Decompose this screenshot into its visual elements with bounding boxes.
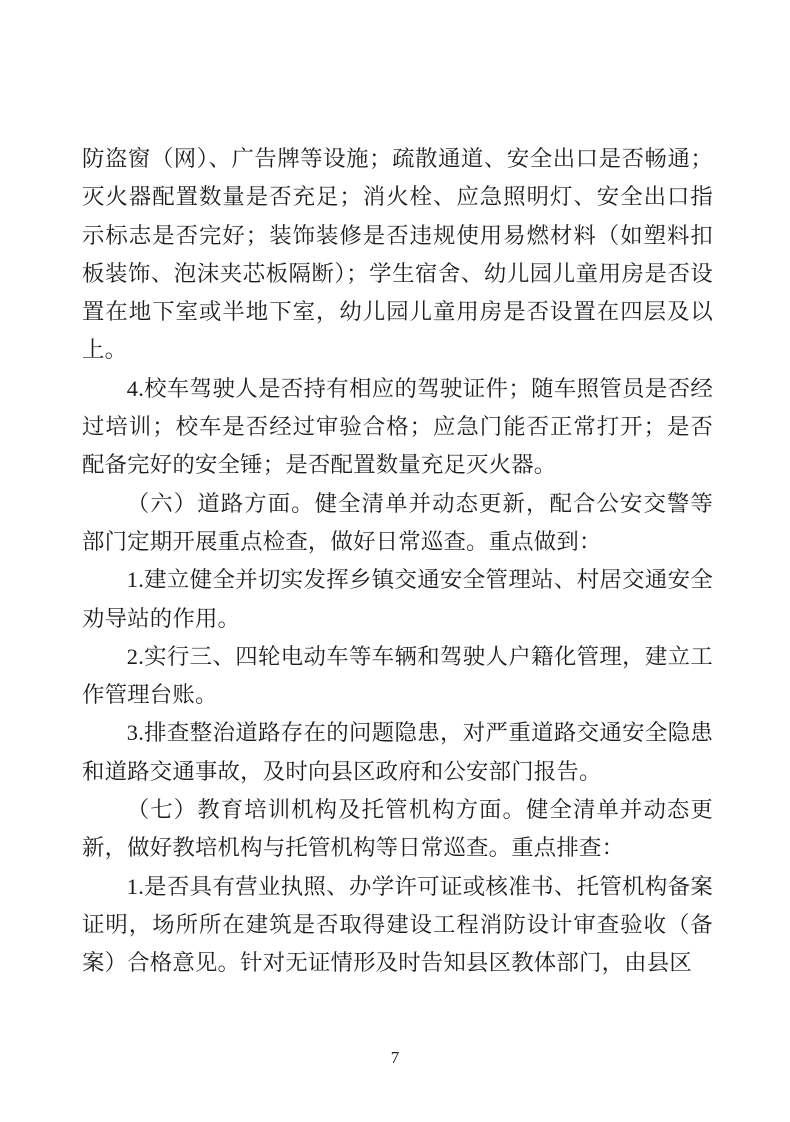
- document-page: 防盗窗（网）、广告牌等设施；疏散通道、安全出口是否畅通；灭火器配置数量是否充足；…: [0, 0, 790, 1122]
- paragraph: 3.排查整治道路存在的问题隐患，对严重道路交通安全隐患和道路交通事故，及时向县区…: [82, 714, 713, 791]
- paragraph: （六）道路方面。健全清单并动态更新，配合公安交警等部门定期开展重点检查，做好日常…: [82, 485, 713, 562]
- paragraph: 1.是否具有营业执照、办学许可证或核准书、托管机构备案证明，场所所在建筑是否取得…: [82, 868, 713, 983]
- paragraph: 防盗窗（网）、广告牌等设施；疏散通道、安全出口是否畅通；灭火器配置数量是否充足；…: [82, 140, 713, 370]
- page-number-footer: 7: [0, 1048, 790, 1068]
- page-number: 7: [391, 1048, 400, 1067]
- paragraph: 1.建立健全并切实发挥乡镇交通安全管理站、村居交通安全劝导站的作用。: [82, 561, 713, 638]
- paragraph: 4.校车驾驶人是否持有相应的驾驶证件；随车照管员是否经过培训；校车是否经过审验合…: [82, 370, 713, 485]
- paragraph: （七）教育培训机构及托管机构方面。健全清单并动态更新，做好教培机构与托管机构等日…: [82, 791, 713, 868]
- page-body-text: 防盗窗（网）、广告牌等设施；疏散通道、安全出口是否畅通；灭火器配置数量是否充足；…: [82, 140, 713, 983]
- paragraph: 2.实行三、四轮电动车等车辆和驾驶人户籍化管理，建立工作管理台账。: [82, 638, 713, 715]
